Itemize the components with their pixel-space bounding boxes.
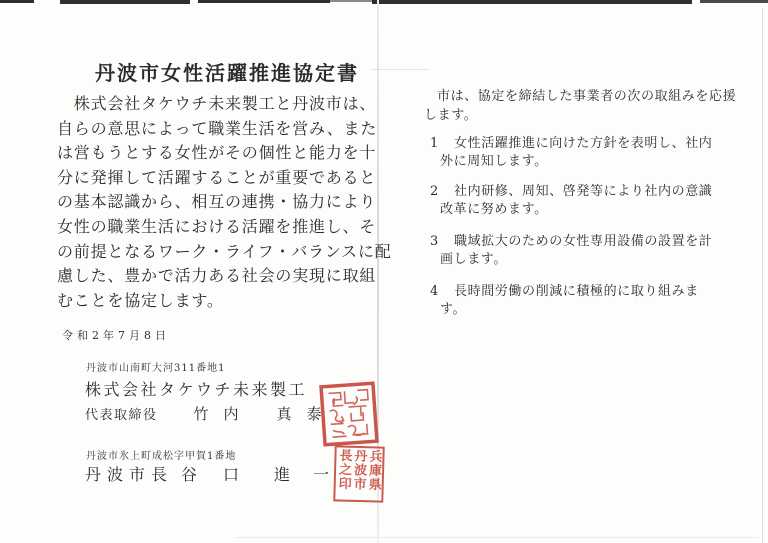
body-line: 自らの意思によって職業生活を営み、また [57, 117, 387, 142]
body-line: の前提となるワーク・ライフ・バランスに配 [57, 240, 387, 265]
body-line: むことを協定します。 [57, 289, 387, 314]
item-line: 職域拡大のための女性専用設備の設置を計 [424, 233, 759, 251]
document-title: 丹波市女性活躍推進協定書 [95, 57, 359, 86]
body-line: 慮した、豊かで活力ある社会の実現に取組 [57, 264, 387, 289]
mayor-address: 丹波市氷上町成松字甲賀1番地 [86, 447, 236, 462]
mayor-name-char: 口 [223, 465, 239, 484]
item-number: 3 [430, 233, 439, 251]
body-line: 女性の職業生活における活躍を推進し、そ [57, 215, 387, 240]
agreement-date: 令和2年7月8日 [62, 327, 170, 343]
mayor-title: 丹波市長 [85, 465, 173, 484]
mayor-name-char: 進 [274, 465, 290, 484]
item-line: 社内研修、周知、啓発等により社内の意識 [424, 183, 759, 201]
scan-edge-artifact [330, 0, 372, 2]
scan-edge-artifact [700, 0, 768, 3]
scan-edge-artifact [198, 0, 330, 3]
item-line: 長時間労働の削減に積極的に取り組みま [424, 283, 759, 301]
scan-edge-artifact [60, 0, 190, 4]
company-address: 丹波市山南町大河311番地1 [86, 359, 225, 374]
scan-edge-artifact [0, 0, 34, 3]
agreement-body-paragraph: 株式会社タケウチ未来製工と丹波市は、 自らの意思によって職業生活を営み、また は… [57, 92, 387, 313]
company-name: 株式会社タケウチ未来製工 [85, 377, 307, 400]
item-line: 改革に努めます。 [424, 201, 759, 219]
representative-signature-line: 代表取締役竹内真泰 [85, 403, 322, 424]
representative-name-char: 竹 [194, 405, 209, 423]
body-line: 株式会社タケウチ未来製工と丹波市は、 [57, 92, 387, 117]
representative-name-char: 真 [277, 405, 292, 423]
intro-line: 市は、協定を締結した事業者の次の取組みを応援 [424, 88, 759, 107]
representative-name-char: 泰 [307, 405, 322, 423]
representative-title: 代表取締役 [85, 408, 158, 423]
intro-line: します。 [424, 107, 759, 126]
commitment-item-2: 2 社内研修、周知、啓発等により社内の意識 改革に努めます。 [424, 183, 759, 218]
commitment-item-3: 3 職域拡大のための女性専用設備の設置を計 画します。 [424, 233, 759, 268]
mayor-name-char: 谷 [181, 465, 197, 484]
body-line: 分に発揮して活躍することが重要であると [57, 166, 387, 191]
item-number: 2 [430, 183, 439, 201]
item-number: 4 [430, 283, 439, 301]
page-bottom-shadow [235, 537, 759, 538]
scanned-agreement-document: 丹波市女性活躍推進協定書 株式会社タケウチ未来製工と丹波市は、 自らの意思によっ… [0, 0, 768, 543]
mayor-name-char: 一 [313, 465, 329, 484]
item-line: す。 [424, 301, 759, 319]
company-seal-icon [319, 381, 379, 447]
scan-edge-artifact [372, 0, 692, 4]
item-number: 1 [430, 135, 439, 153]
item-line: 外に周知します。 [424, 153, 759, 171]
item-line: 女性活躍推進に向けた方針を表明し、社内 [424, 135, 759, 153]
body-line: の基本認識から、相互の連携・協力により [57, 190, 387, 215]
mayor-signature-line: 丹波市長谷口進一 [85, 462, 329, 485]
commitment-item-1: 1 女性活躍推進に向けた方針を表明し、社内 外に周知します。 [424, 135, 759, 170]
commitment-item-4: 4 長時間労働の削減に積極的に取り組みま す。 [424, 283, 759, 318]
representative-name-char: 内 [224, 405, 239, 423]
body-line: は営もうとする女性がその個性と能力を十 [57, 141, 387, 166]
page-edge-line [762, 8, 763, 543]
item-line: 画します。 [424, 251, 759, 269]
mayor-seal-icon: 兵庫県丹波市長之印 [333, 445, 384, 502]
scan-line-artifact [371, 69, 429, 70]
city-support-intro: 市は、協定を締結した事業者の次の取組みを応援 します。 [424, 88, 759, 125]
